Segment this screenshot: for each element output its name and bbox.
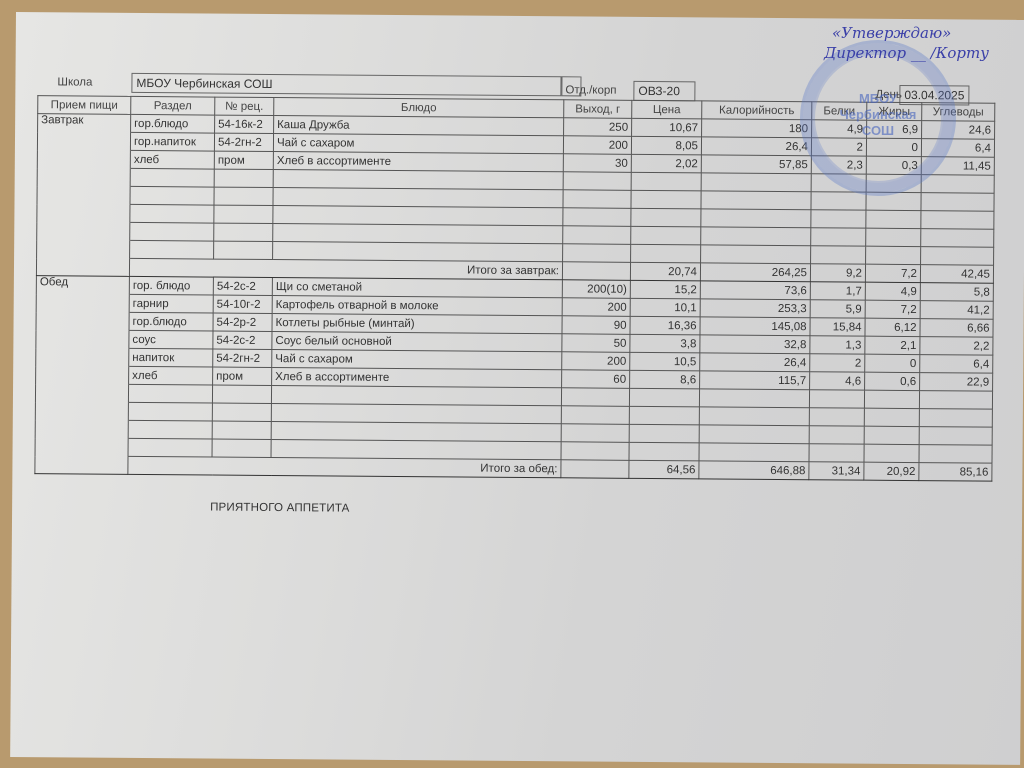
cell-protein: 1,3 [810,336,865,354]
cell-fat [864,408,919,426]
cell-yield: 200 [562,352,630,371]
cell-protein [809,390,864,408]
cell-calories: 26,4 [700,353,810,372]
meal-cell [37,222,130,241]
cell-section: гор.блюдо [129,312,213,331]
column-header: Углеводы [922,103,995,122]
cell-section [128,438,212,457]
cell-fat [866,192,921,210]
cell-calories: 180 [702,119,812,138]
column-header: Жиры [867,102,922,120]
menu-sheet: Школа МБОУ Чербинская СОШ Отд./корп ОВЗ-… [10,12,1024,765]
cell-recipe: 54-10г-2 [213,295,272,313]
cell-calories [701,227,811,246]
cell-calories [701,191,811,210]
cell-dish [273,170,563,190]
total-price: 20,74 [630,262,700,281]
cell-price [631,190,701,209]
cell-protein [811,192,866,210]
column-header: № рец. [215,97,274,115]
cell-carbs [919,409,992,428]
meal-cell [37,204,130,223]
cell-protein [811,174,866,192]
cell-section: гарнир [129,294,213,313]
cell-dish [273,242,563,262]
director-signature: Директор __ /Корту [824,44,989,62]
total-calories: 264,25 [700,263,810,282]
cell-calories [701,245,811,264]
cell-section: напиток [129,348,213,367]
meal-cell [36,294,129,313]
cell-carbs [921,211,994,230]
cell-recipe: пром [213,367,272,385]
cell-recipe [212,439,271,457]
meal-cell [37,186,130,205]
meal-cell [37,240,130,259]
cell-fat: 0 [866,138,921,156]
cell-dish [271,422,561,442]
cell-section [128,420,212,439]
total-protein: 9,2 [810,264,865,282]
cell-price: 10,1 [630,298,700,317]
cell-carbs: 2,2 [920,337,993,356]
cell-section [128,402,212,421]
meal-cell [37,150,130,169]
cell-dish: Чай с сахаром [272,350,562,370]
cell-recipe: 54-2гн-2 [213,349,272,367]
cell-protein: 5,9 [810,300,865,318]
cell-fat: 7,2 [865,300,920,318]
cell-recipe [212,421,271,439]
meal-cell [37,132,130,151]
cell-recipe [214,169,273,187]
cell-price: 16,36 [630,316,700,335]
column-header: Калорийность [702,101,812,120]
cell-section: соус [129,330,213,349]
meal-cell [36,348,129,367]
cell-protein [811,228,866,246]
cell-protein [809,426,864,444]
cell-dish [273,206,563,226]
cell-recipe [214,241,273,259]
cell-recipe: 54-16к-2 [215,115,274,133]
cell-dish: Чай с сахаром [273,134,563,154]
cell-calories [701,209,811,228]
column-header: Выход, г [564,100,632,119]
cell-yield [563,244,631,263]
column-header: Цена [632,100,702,119]
cell-recipe [214,187,273,205]
cell-yield: 200 [562,298,630,317]
meal-name: Завтрак [38,114,131,133]
cell-section [130,204,214,223]
total-yield [562,262,630,281]
meal-cell [35,456,128,475]
cell-yield: 200(10) [562,280,630,299]
cell-dish: Каша Дружба [274,116,564,136]
cell-section: хлеб [129,366,213,385]
cell-dish: Хлеб в ассортименте [273,152,563,172]
cell-price [631,244,701,263]
cell-protein: 4,9 [812,120,867,138]
cell-price [629,424,699,443]
cell-calories: 145,08 [700,317,810,336]
cell-yield [561,406,629,425]
meal-cell [35,402,128,421]
total-calories: 646,88 [699,461,809,480]
cell-price [629,388,699,407]
cell-protein [811,246,866,264]
cell-calories [699,389,809,408]
cell-calories [699,407,809,426]
meal-cell [36,312,129,331]
cell-calories: 253,3 [700,299,810,318]
meal-cell [35,420,128,439]
cell-carbs: 5,8 [920,283,993,302]
footer-wish: ПРИЯТНОГО АППЕТИТА [210,502,350,515]
cell-fat: 0,6 [865,372,920,390]
cell-carbs [919,391,992,410]
cell-price: 10,67 [632,118,702,137]
cell-fat [864,444,919,462]
cell-price: 3,8 [630,334,700,353]
cell-protein [809,444,864,462]
cell-protein: 4,6 [810,372,865,390]
school-label: Школа [57,76,92,88]
cell-fat [864,426,919,444]
cell-section [130,240,214,259]
cell-yield [563,226,631,245]
cell-dish [271,386,561,406]
cell-price [631,226,701,245]
cell-protein [811,210,866,228]
cell-section: гор. блюдо [129,276,213,295]
cell-yield: 30 [563,154,631,173]
cell-dish [273,224,563,244]
cell-section [130,222,214,241]
cell-protein: 1,7 [810,282,865,300]
cell-dish [271,440,561,460]
cell-fat [866,246,921,264]
cell-carbs: 41,2 [920,301,993,320]
school-field: МБОУ Чербинская СОШ [131,73,561,96]
cell-carbs [921,193,994,212]
cell-carbs: 6,66 [920,319,993,338]
cell-yield [563,172,631,191]
cell-calories [699,443,809,462]
column-header: Раздел [131,96,215,115]
column-header: Блюдо [274,98,564,118]
cell-section: хлеб [130,150,214,169]
cell-yield: 50 [562,334,630,353]
total-label: Итого за обед: [128,456,561,477]
cell-fat: 4,9 [865,282,920,300]
cell-carbs: 22,9 [920,373,993,392]
cell-section [130,186,214,205]
cell-dish: Соус белый основной [272,332,562,352]
cell-yield [561,388,629,407]
cell-calories: 115,7 [700,371,810,390]
cell-calories: 32,8 [700,335,810,354]
cell-price [631,172,701,191]
cell-recipe: 54-2с-2 [213,277,272,295]
cell-recipe: 54-2гн-2 [214,133,273,151]
cell-fat [866,210,921,228]
cell-fat: 6,12 [865,318,920,336]
cell-price: 2,02 [631,154,701,173]
cell-calories [701,173,811,192]
menu-table: Прием пищиРаздел№ рец.БлюдоВыход, гЦенаК… [34,95,995,482]
cell-protein: 2,3 [811,156,866,174]
cell-fat: 0,3 [866,156,921,174]
cell-carbs [921,175,994,194]
meal-cell [37,168,130,187]
total-protein: 31,34 [809,462,864,480]
cell-recipe: 54-2с-2 [213,331,272,349]
cell-dish: Котлеты рыбные (минтай) [272,314,562,334]
cell-calories: 57,85 [701,155,811,174]
total-yield [561,460,629,479]
cell-price [629,442,699,461]
column-header: Белки [812,102,867,120]
column-header: Прием пищи [38,96,131,115]
dept-label: Отд./корп [565,84,616,96]
cell-section: гор.блюдо [131,114,215,133]
cell-dish: Хлеб в ассортименте [272,368,562,388]
meal-cell [35,438,128,457]
total-fat: 20,92 [864,462,919,480]
cell-dish [271,404,561,424]
cell-recipe: 54-2р-2 [213,313,272,331]
day-label: День [875,89,902,101]
cell-protein [809,408,864,426]
cell-section [128,384,212,403]
cell-calories: 73,6 [700,281,810,300]
cell-calories [699,425,809,444]
dept-field: ОВЗ-20 [633,81,695,101]
cell-carbs: 11,45 [921,157,994,176]
cell-recipe: пром [214,151,273,169]
cell-fat: 2,1 [865,336,920,354]
cell-dish: Щи со сметаной [272,278,562,298]
cell-carbs: 24,6 [922,121,995,140]
total-fat: 7,2 [865,264,920,282]
meal-cell [35,384,128,403]
cell-dish: Картофель отварной в молоке [272,296,562,316]
cell-dish [273,188,563,208]
total-carbs: 42,45 [920,265,993,284]
cell-calories: 26,4 [701,137,811,156]
cell-price: 8,6 [630,370,700,389]
cell-fat: 0 [865,354,920,372]
cell-carbs [919,445,992,464]
cell-recipe [212,385,271,403]
cell-price [629,406,699,425]
cell-yield: 250 [564,118,632,137]
meal-cell [36,366,129,385]
cell-section [130,168,214,187]
cell-protein: 15,84 [810,318,865,336]
meal-name: Обед [36,276,129,295]
cell-recipe [214,205,273,223]
cell-section: гор.напиток [130,132,214,151]
cell-price: 15,2 [630,280,700,299]
cell-protein: 2 [810,354,865,372]
cell-yield [561,424,629,443]
cell-carbs: 6,4 [920,355,993,374]
meal-cell [36,330,129,349]
cell-protein: 2 [811,138,866,156]
cell-yield: 60 [562,370,630,389]
cell-yield [563,208,631,227]
approval-line: «Утверждаю» [832,24,951,42]
cell-yield [563,190,631,209]
cell-carbs: 6,4 [921,139,994,158]
meal-cell [36,258,129,277]
cell-yield [561,442,629,461]
cell-price: 10,5 [630,352,700,371]
cell-yield: 90 [562,316,630,335]
cell-carbs [921,229,994,248]
cell-fat [864,390,919,408]
cell-fat [866,228,921,246]
cell-recipe [212,403,271,421]
total-price: 64,56 [629,460,699,479]
cell-yield: 200 [563,136,631,155]
cell-fat: 6,9 [867,120,922,138]
cell-fat [866,174,921,192]
cell-carbs [919,427,992,446]
cell-recipe [214,223,273,241]
cell-price [631,208,701,227]
total-carbs: 85,16 [919,463,992,482]
cell-price: 8,05 [631,136,701,155]
cell-carbs [921,247,994,266]
